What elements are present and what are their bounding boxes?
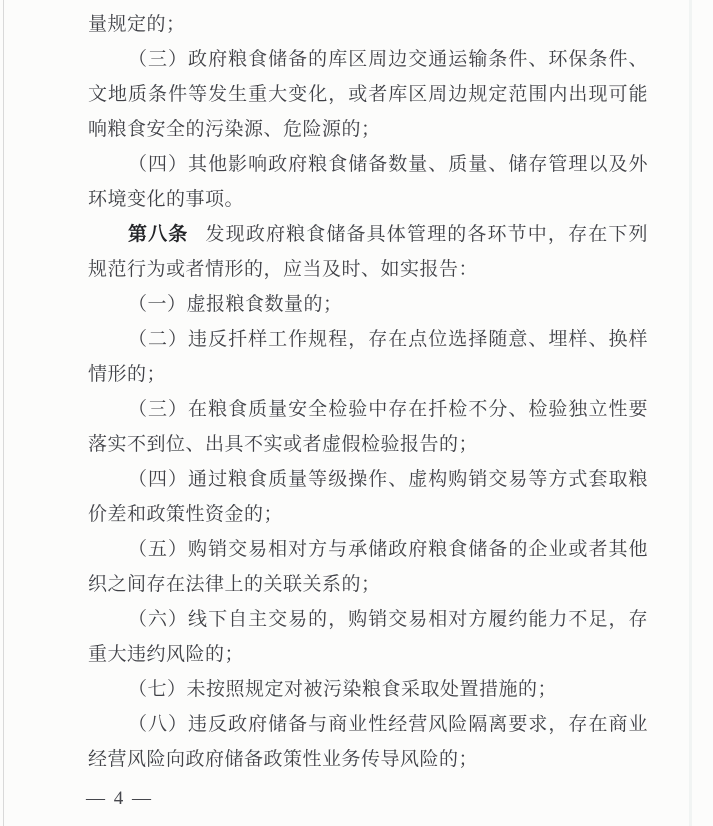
- line-text: （三）政府粮食储备的库区周边交通运输条件、环保条件、水: [128, 49, 648, 77]
- line-text: （五）购销交易相对方与承储政府粮食储备的企业或者其他组: [128, 539, 648, 567]
- line-text: 织之间存在法律上的关联关系的；: [88, 574, 381, 595]
- line-text: 文地质条件等发生重大变化，或者库区周边规定范围内出现可能影: [88, 84, 648, 112]
- line-text: 落实不到位、出具不实或者虚假检验报告的；: [88, 434, 478, 455]
- line-text: （八）违反政府储备与商业性经营风险隔离要求，存在商业性: [128, 714, 648, 742]
- line-text: （一）虚报粮食数量的；: [128, 294, 343, 315]
- line-text: 经营风险向政府储备政策性业务传导风险的；: [88, 749, 478, 770]
- text-line: （五）购销交易相对方与承储政府粮食储备的企业或者其他组: [88, 532, 648, 567]
- line-text: （三）在粮食质量安全检验中存在扦检不分、检验独立性要求: [128, 399, 648, 427]
- line-text: 发现政府粮食储备具体管理的各环节中，存在下列不: [128, 224, 648, 252]
- text-line: （三）在粮食质量安全检验中存在扦检不分、检验独立性要求: [88, 392, 648, 427]
- line-text: （二）违反扦样工作规程，存在点位选择随意、埋样、换样等: [128, 329, 648, 357]
- text-line: 文地质条件等发生重大变化，或者库区周边规定范围内出现可能影: [88, 77, 648, 112]
- line-text: 情形的；: [88, 364, 166, 385]
- text-line: （一）虚报粮食数量的；: [88, 287, 648, 322]
- text-line: 情形的；: [88, 357, 648, 392]
- text-line: 价差和政策性资金的；: [88, 497, 648, 532]
- text-line: （二）违反扦样工作规程，存在点位选择随意、埋样、换样等: [88, 322, 648, 357]
- line-text: 环境变化的事项。: [88, 189, 244, 210]
- line-text: 规范行为或者情形的，应当及时、如实报告：: [88, 259, 478, 280]
- text-line: （六）线下自主交易的，购销交易相对方履约能力不足，存在: [88, 602, 648, 637]
- text-line: （八）违反政府储备与商业性经营风险隔离要求，存在商业性: [88, 707, 648, 742]
- line-text: （六）线下自主交易的，购销交易相对方履约能力不足，存在: [128, 609, 648, 637]
- document-page: 量规定的；（三）政府粮食储备的库区周边交通运输条件、环保条件、水文地质条件等发生…: [0, 0, 713, 826]
- line-text: 重大违约风险的；: [88, 644, 244, 665]
- text-line: 落实不到位、出具不实或者虚假检验报告的；: [88, 427, 648, 462]
- line-text: （七）未按照规定对被污染粮食采取处置措施的；: [128, 679, 557, 700]
- line-text: （四）其他影响政府粮食储备数量、质量、储存管理以及外部: [128, 154, 648, 182]
- line-text: 价差和政策性资金的；: [88, 504, 283, 525]
- text-line: 织之间存在法律上的关联关系的；: [88, 567, 648, 602]
- text-line: 经营风险向政府储备政策性业务传导风险的；: [88, 742, 648, 777]
- text-line: （四）通过粮食质量等级操作、虚构购销交易等方式套取粮食: [88, 462, 648, 497]
- article-number: 第八条: [128, 224, 188, 245]
- text-line: （七）未按照规定对被污染粮食采取处置措施的；: [88, 672, 648, 707]
- text-line: 重大违约风险的；: [88, 637, 648, 672]
- text-line: 第八条发现政府粮食储备具体管理的各环节中，存在下列不: [88, 217, 648, 252]
- text-line: 量规定的；: [88, 7, 648, 42]
- line-text: 量规定的；: [88, 14, 186, 35]
- line-text: （四）通过粮食质量等级操作、虚构购销交易等方式套取粮食: [128, 469, 648, 497]
- text-line: 响粮食安全的污染源、危险源的；: [88, 112, 648, 147]
- text-line: 环境变化的事项。: [88, 182, 648, 217]
- text-line: （四）其他影响政府粮食储备数量、质量、储存管理以及外部: [88, 147, 648, 182]
- scan-edge-line-right: [689, 0, 692, 826]
- scan-edge-line-left: [3, 0, 4, 826]
- text-line: 规范行为或者情形的，应当及时、如实报告：: [88, 252, 648, 287]
- line-text: 响粮食安全的污染源、危险源的；: [88, 119, 381, 140]
- text-line: （三）政府粮食储备的库区周边交通运输条件、环保条件、水: [88, 42, 648, 77]
- text-block: 量规定的；（三）政府粮食储备的库区周边交通运输条件、环保条件、水文地质条件等发生…: [88, 7, 648, 777]
- page-number: — 4 —: [86, 788, 153, 810]
